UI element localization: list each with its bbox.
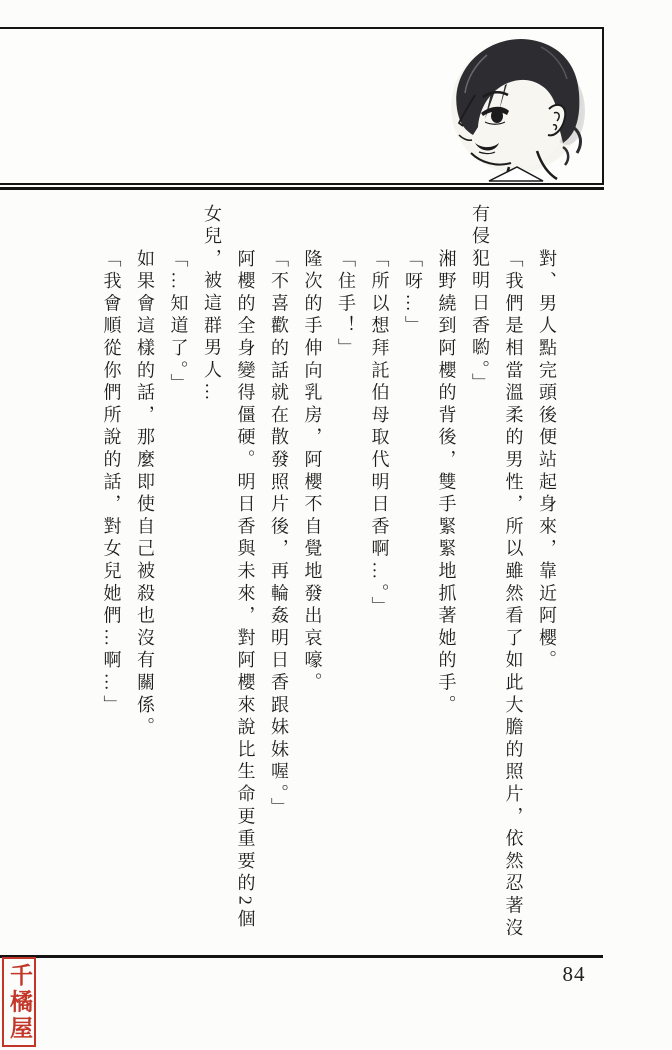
page-number: 84	[550, 962, 598, 987]
text-column: 湘野繞到阿櫻的背後，雙手緊緊地抓著她的手。	[429, 204, 463, 946]
text-column: 「我們是相當溫柔的男性，所以雖然看了如此大膽的照片，依然忍著沒	[496, 204, 530, 946]
frame-bottom-line-lower	[0, 187, 604, 190]
text-column: 阿櫻的全身變得僵硬。明日香與未來，對阿櫻來說比生命更重要的2個	[228, 204, 262, 946]
book-page: 對、男人點完頭後便站起身來，靠近阿櫻。 「我們是相當溫柔的男性，所以雖然看了如此…	[0, 0, 672, 1050]
frame-bottom-line-upper	[0, 183, 604, 185]
text-column: 如果會這樣的話，那麼即使自己被殺也沒有關係。	[128, 204, 162, 946]
text-column: 「呀…」	[396, 204, 430, 946]
text-column: 女兒，被這群男人…	[195, 204, 229, 946]
text-column: 「所以想拜託伯母取代明日香啊…。」	[362, 204, 396, 946]
text-column: 「住手！」	[329, 204, 363, 946]
text-column: 對、男人點完頭後便站起身來，靠近阿櫻。	[530, 204, 564, 946]
character-illustration	[445, 31, 597, 183]
text-column: 「…知道了。」	[161, 204, 195, 946]
text-column: 隆次的手伸向乳房，阿櫻不自覺地發出哀嚎。	[295, 204, 329, 946]
text-column: 「不喜歡的話就在散發照片後，再輪姦明日香跟妹妹喔。」	[262, 204, 296, 946]
text-column: 有侵犯明日香喲。」	[463, 204, 497, 946]
illustration-frame	[0, 27, 604, 185]
publisher-seal-stamp: 千橘屋	[2, 957, 36, 1047]
text-column: 「我會順從你們所說的話，對女兒她們…啊…」	[94, 204, 128, 946]
body-text: 對、男人點完頭後便站起身來，靠近阿櫻。 「我們是相當溫柔的男性，所以雖然看了如此…	[94, 204, 563, 946]
footer-rule	[0, 955, 603, 958]
